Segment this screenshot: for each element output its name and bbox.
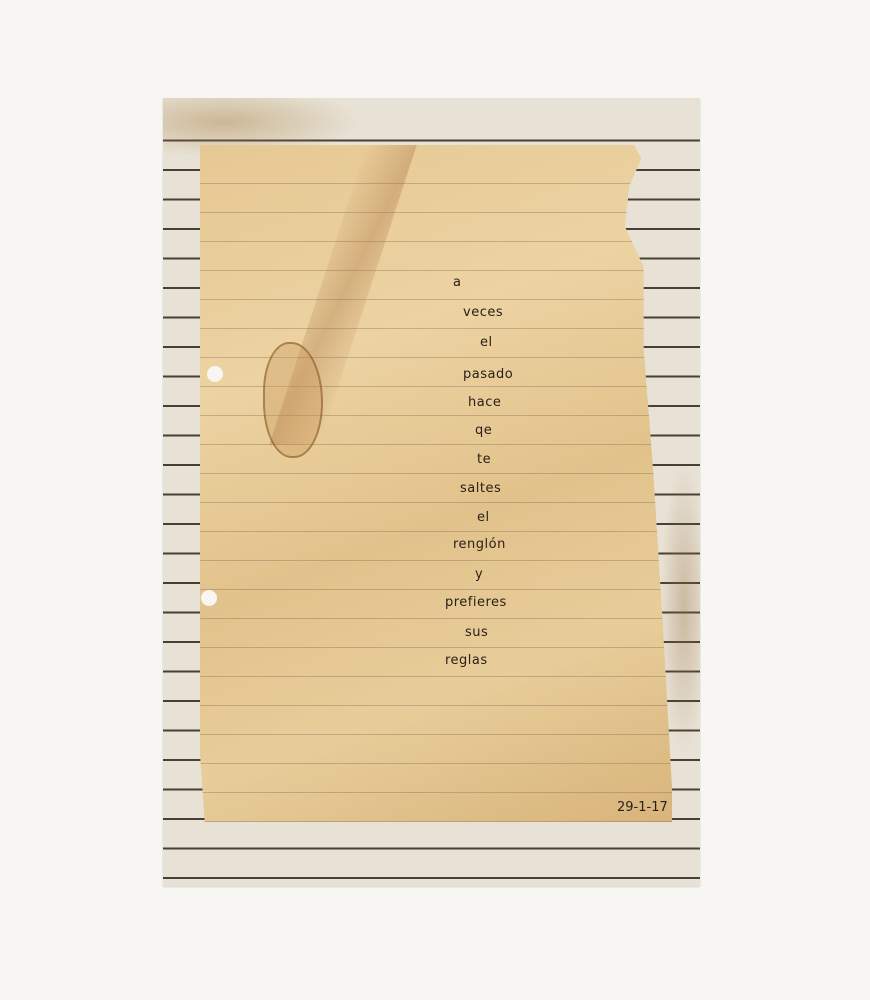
date-label: 29-1-17 — [617, 800, 668, 815]
poem-line: te — [477, 452, 491, 467]
poem-line: qe — [475, 423, 492, 438]
poem-line: prefieres — [445, 595, 507, 610]
coffee-ring-stain — [263, 342, 323, 458]
poem-line: a — [453, 275, 461, 290]
poem-line: veces — [463, 305, 503, 320]
front-stained-sheet — [200, 145, 672, 822]
poem-line: reglas — [445, 653, 488, 668]
punch-hole — [201, 590, 217, 606]
poem-line: saltes — [460, 481, 501, 496]
poem-line: pasado — [463, 367, 513, 382]
poem-line: el — [480, 335, 493, 350]
poem-line: hace — [468, 395, 501, 410]
punch-hole — [207, 366, 223, 382]
poem-line: sus — [465, 625, 488, 640]
ruled-lines — [200, 145, 672, 822]
poem-line: el — [477, 510, 490, 525]
poem-line: renglón — [453, 537, 506, 552]
poem-line: y — [475, 567, 483, 582]
